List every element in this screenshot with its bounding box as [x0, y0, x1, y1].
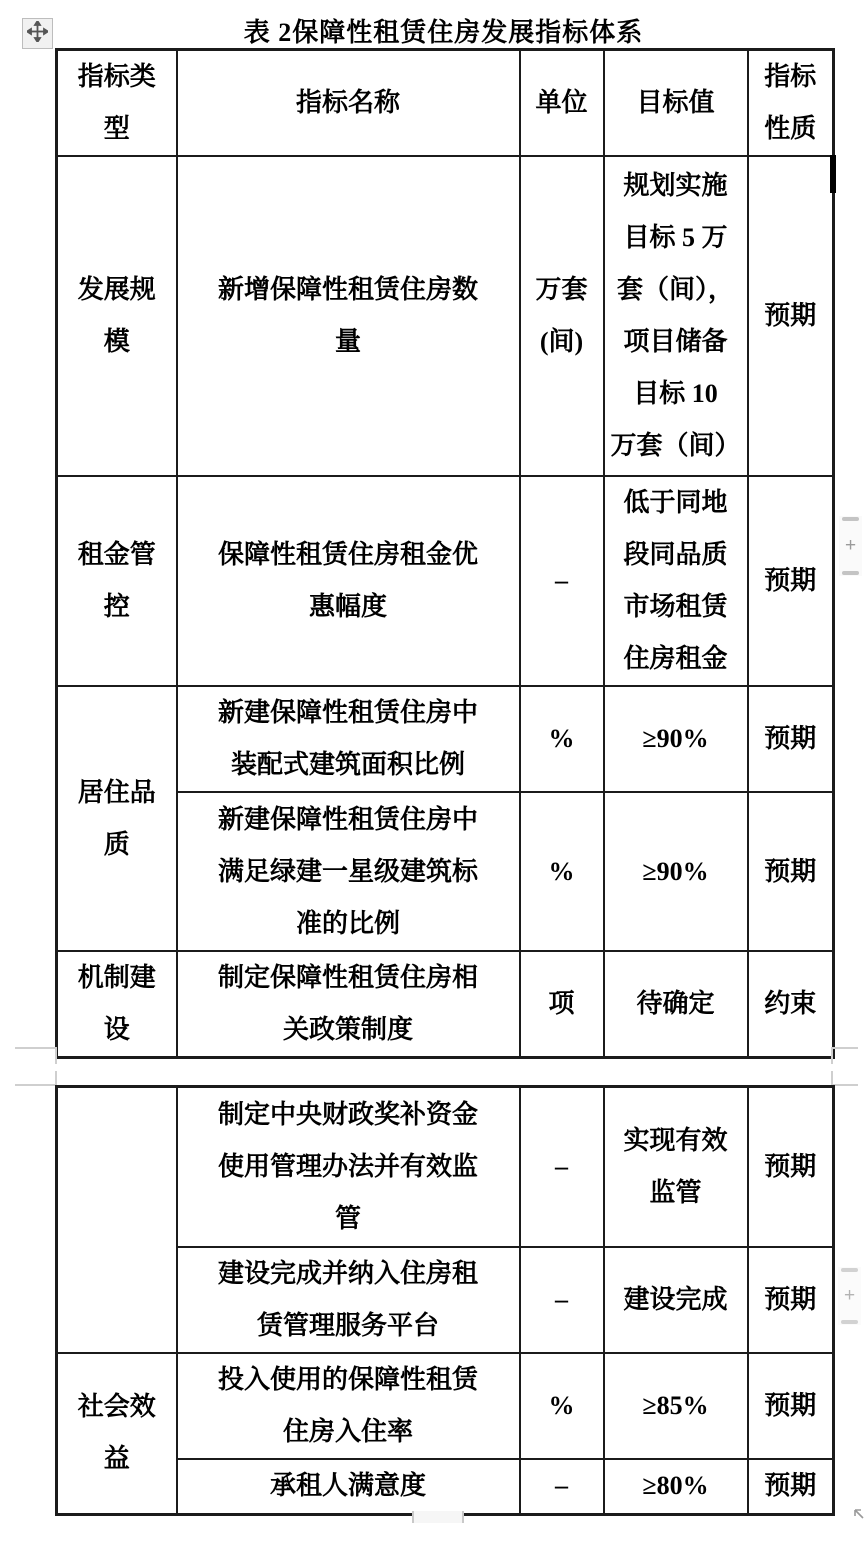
table-boundary-mark [55, 1047, 57, 1064]
cell-target[interactable]: 建设完成 [604, 1247, 748, 1353]
table-resize-handle-icon[interactable] [852, 1507, 868, 1523]
cell-type[interactable]: 居住品 质 [57, 686, 177, 951]
cell-type[interactable]: 租金管 控 [57, 476, 177, 686]
cell-unit[interactable]: % [520, 1353, 604, 1459]
scrollbar-gripper [841, 1320, 858, 1324]
cell-name[interactable]: 新增保障性租赁住房数 量 [177, 156, 520, 476]
cell-unit[interactable]: – [520, 476, 604, 686]
cell-nature[interactable]: 预期 [748, 476, 834, 686]
cell-nature[interactable]: 预期 [748, 792, 834, 951]
cell-nature[interactable]: 预期 [748, 1087, 834, 1247]
cell-nature[interactable]: 预期 [748, 156, 834, 476]
scrollbar-segment[interactable]: + [838, 1267, 861, 1325]
header-indicator-name[interactable]: 指标名称 [177, 50, 520, 157]
plus-icon: + [844, 1285, 855, 1307]
table-boundary-mark [832, 1047, 858, 1049]
indicator-table-page2: 制定中央财政奖补资金 使用管理办法并有效监 管 – 实现有效 监管 预期 建设完… [55, 1085, 835, 1516]
cell-target[interactable]: ≥90% [604, 686, 748, 792]
scrollbar-gripper [842, 517, 859, 521]
cell-name[interactable]: 保障性租赁住房租金优 惠幅度 [177, 476, 520, 686]
table-boundary-mark [832, 1084, 858, 1086]
cell-type[interactable]: 社会效 益 [57, 1353, 177, 1515]
indicator-table-page1: 指标类 型 指标名称 单位 目标值 指标 性质 发展规 模 新增保障性租赁住房数… [55, 48, 835, 1059]
cell-name[interactable]: 制定保障性租赁住房相 关政策制度 [177, 951, 520, 1058]
cell-type[interactable] [57, 1087, 177, 1353]
header-target-value[interactable]: 目标值 [604, 50, 748, 157]
scrollbar-gripper [842, 571, 859, 575]
text-cursor [830, 155, 836, 193]
cell-target[interactable]: 实现有效 监管 [604, 1087, 748, 1247]
table-boundary-mark [831, 1047, 833, 1064]
cell-target[interactable]: ≥90% [604, 792, 748, 951]
cell-unit[interactable]: – [520, 1087, 604, 1247]
cell-unit[interactable]: % [520, 686, 604, 792]
cell-name[interactable]: 新建保障性租赁住房中 满足绿建一星级建筑标 准的比例 [177, 792, 520, 951]
cell-unit[interactable]: – [520, 1247, 604, 1353]
table-title: 表 2保障性租赁住房发展指标体系 [55, 12, 832, 49]
cell-name[interactable]: 承租人满意度 [177, 1459, 520, 1515]
move-icon [27, 21, 48, 47]
cell-unit[interactable]: 万套 (间) [520, 156, 604, 476]
cell-target[interactable]: 待确定 [604, 951, 748, 1058]
table-boundary-mark [55, 1071, 57, 1086]
cell-nature[interactable]: 预期 [748, 686, 834, 792]
cell-unit[interactable]: 项 [520, 951, 604, 1058]
cell-unit[interactable]: – [520, 1459, 604, 1515]
cell-nature[interactable]: 预期 [748, 1247, 834, 1353]
document-canvas: 表 2保障性租赁住房发展指标体系 指标类 型 指标名称 单位 目标值 指标 性质… [0, 0, 868, 1542]
cell-target[interactable]: 低于同地 段同品质 市场租赁 住房租金 [604, 476, 748, 686]
cell-name[interactable]: 建设完成并纳入住房租 赁管理服务平台 [177, 1247, 520, 1353]
table-boundary-mark [15, 1047, 55, 1049]
cell-target[interactable]: ≥85% [604, 1353, 748, 1459]
cell-name[interactable]: 投入使用的保障性租赁 住房入住率 [177, 1353, 520, 1459]
cell-name[interactable]: 制定中央财政奖补资金 使用管理办法并有效监 管 [177, 1087, 520, 1247]
cell-unit[interactable]: % [520, 792, 604, 951]
table-boundary-mark [15, 1084, 55, 1086]
cell-nature[interactable]: 约束 [748, 951, 834, 1058]
table-move-handle[interactable] [22, 18, 53, 49]
cell-name[interactable]: 新建保障性租赁住房中 装配式建筑面积比例 [177, 686, 520, 792]
scrollbar-gripper [841, 1268, 858, 1272]
cell-target[interactable]: ≥80% [604, 1459, 748, 1515]
cell-target[interactable]: 规划实施 目标 5 万 套（间）， 项目储备 目标 10 万套（间） [604, 156, 748, 476]
cell-nature[interactable]: 预期 [748, 1353, 834, 1459]
scrollbar-segment[interactable]: + [839, 516, 862, 576]
header-unit[interactable]: 单位 [520, 50, 604, 157]
cell-type[interactable]: 机制建 设 [57, 951, 177, 1058]
header-indicator-type[interactable]: 指标类 型 [57, 50, 177, 157]
horizontal-scrollbar-thumb[interactable] [412, 1511, 464, 1523]
plus-icon: + [845, 535, 856, 557]
cell-type[interactable]: 发展规 模 [57, 156, 177, 476]
cell-nature[interactable]: 预期 [748, 1459, 834, 1515]
header-indicator-nature[interactable]: 指标 性质 [748, 50, 834, 157]
